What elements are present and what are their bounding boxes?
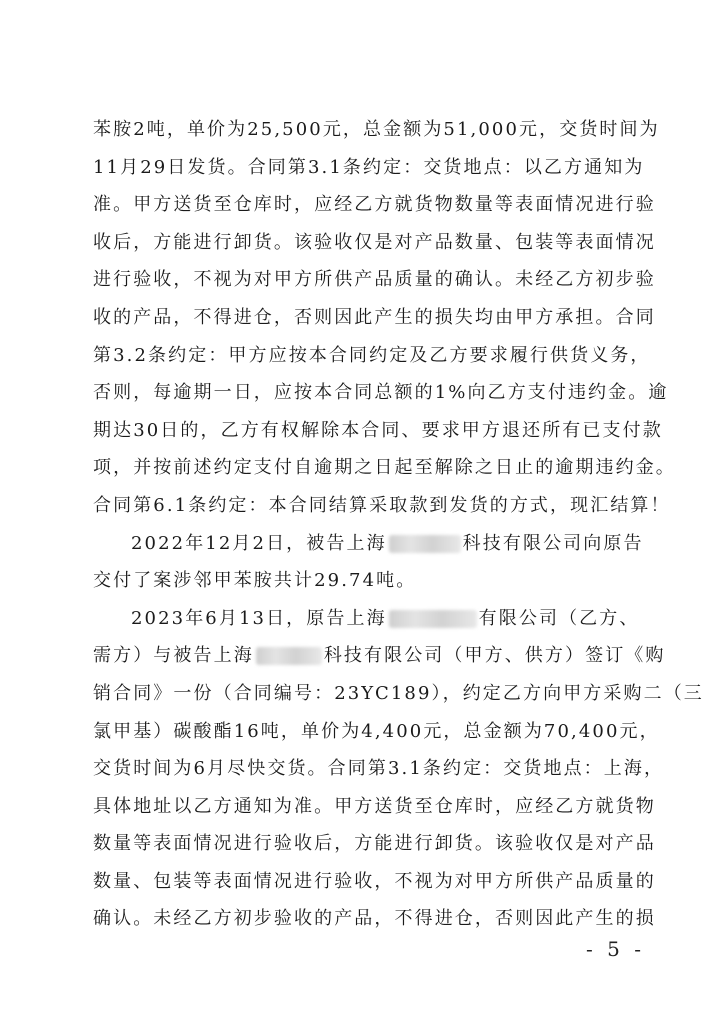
text-line: 期达30日的，乙方有权解除本合同、要求甲方退还所有已支付款 — [93, 416, 633, 446]
text-line: 2023年6月13日，原告上海有限公司（乙方、 — [131, 604, 633, 634]
text-line: 否则，每逾期一日，应按本合同总额的1%向乙方支付违约金。逾 — [93, 378, 633, 408]
text-line: 交付了案涉邻甲苯胺共计29.74吨。 — [93, 566, 633, 596]
text-segment: 有限公司（乙方、 — [479, 608, 640, 629]
text-segment: 科技有限公司（甲方、供方）签订《购 — [324, 645, 666, 666]
page-number: - 5 - — [586, 937, 645, 961]
text-line: 收后，方能进行卸货。该验收仅是对产品数量、包装等表面情况 — [93, 228, 633, 258]
redacted-company-name — [389, 610, 477, 628]
text-line: 第3.2条约定：甲方应按本合同约定及乙方要求履行供货义务， — [93, 341, 633, 371]
text-line: 需方）与被告上海科技有限公司（甲方、供方）签订《购 — [93, 641, 633, 671]
redacted-company-name — [389, 535, 461, 553]
text-line: 准。甲方送货至仓库时，应经乙方就货物数量等表面情况进行验 — [93, 190, 633, 220]
text-segment: 2023年6月13日，原告上海 — [131, 608, 387, 629]
document-page: 苯胺2吨，单价为25,500元，总金额为51,000元，交货时间为 11月29日… — [0, 0, 724, 1024]
text-line: 项，并按前述约定支付自逾期之日起至解除之日止的逾期违约金。 — [93, 453, 633, 483]
text-line: 确认。未经乙方初步验收的产品，不得进仓，否则因此产生的损 — [93, 904, 633, 934]
text-line: 进行验收，不视为对甲方所供产品质量的确认。未经乙方初步验 — [93, 265, 633, 295]
text-line: 合同第6.1条约定：本合同结算采取款到发货的方式，现汇结算！ — [93, 491, 633, 521]
text-line: 收的产品，不得进仓，否则因此产生的损失均由甲方承担。合同 — [93, 303, 633, 333]
text-line: 销合同》一份（合同编号：23YC189），约定乙方向甲方采购二（三 — [93, 679, 633, 709]
text-segment: 科技有限公司向原告 — [463, 533, 644, 554]
text-line: 2022年12月2日，被告上海科技有限公司向原告 — [131, 529, 633, 559]
redacted-company-name — [256, 647, 322, 665]
text-line: 交货时间为6月尽快交货。合同第3.1条约定：交货地点：上海， — [93, 754, 633, 784]
text-line: 11月29日发货。合同第3.1条约定：交货地点：以乙方通知为 — [93, 153, 633, 183]
text-segment: 需方）与被告上海 — [93, 645, 254, 666]
text-line: 苯胺2吨，单价为25,500元，总金额为51,000元，交货时间为 — [93, 115, 633, 145]
text-line: 具体地址以乙方通知为准。甲方送货至仓库时，应经乙方就货物 — [93, 792, 633, 822]
text-line: 氯甲基）碳酸酯16吨，单价为4,400元，总金额为70,400元， — [93, 717, 633, 747]
text-segment: 2022年12月2日，被告上海 — [131, 533, 387, 554]
text-line: 数量等表面情况进行验收后，方能进行卸货。该验收仅是对产品 — [93, 829, 633, 859]
text-line: 数量、包装等表面情况进行验收，不视为对甲方所供产品质量的 — [93, 867, 633, 897]
